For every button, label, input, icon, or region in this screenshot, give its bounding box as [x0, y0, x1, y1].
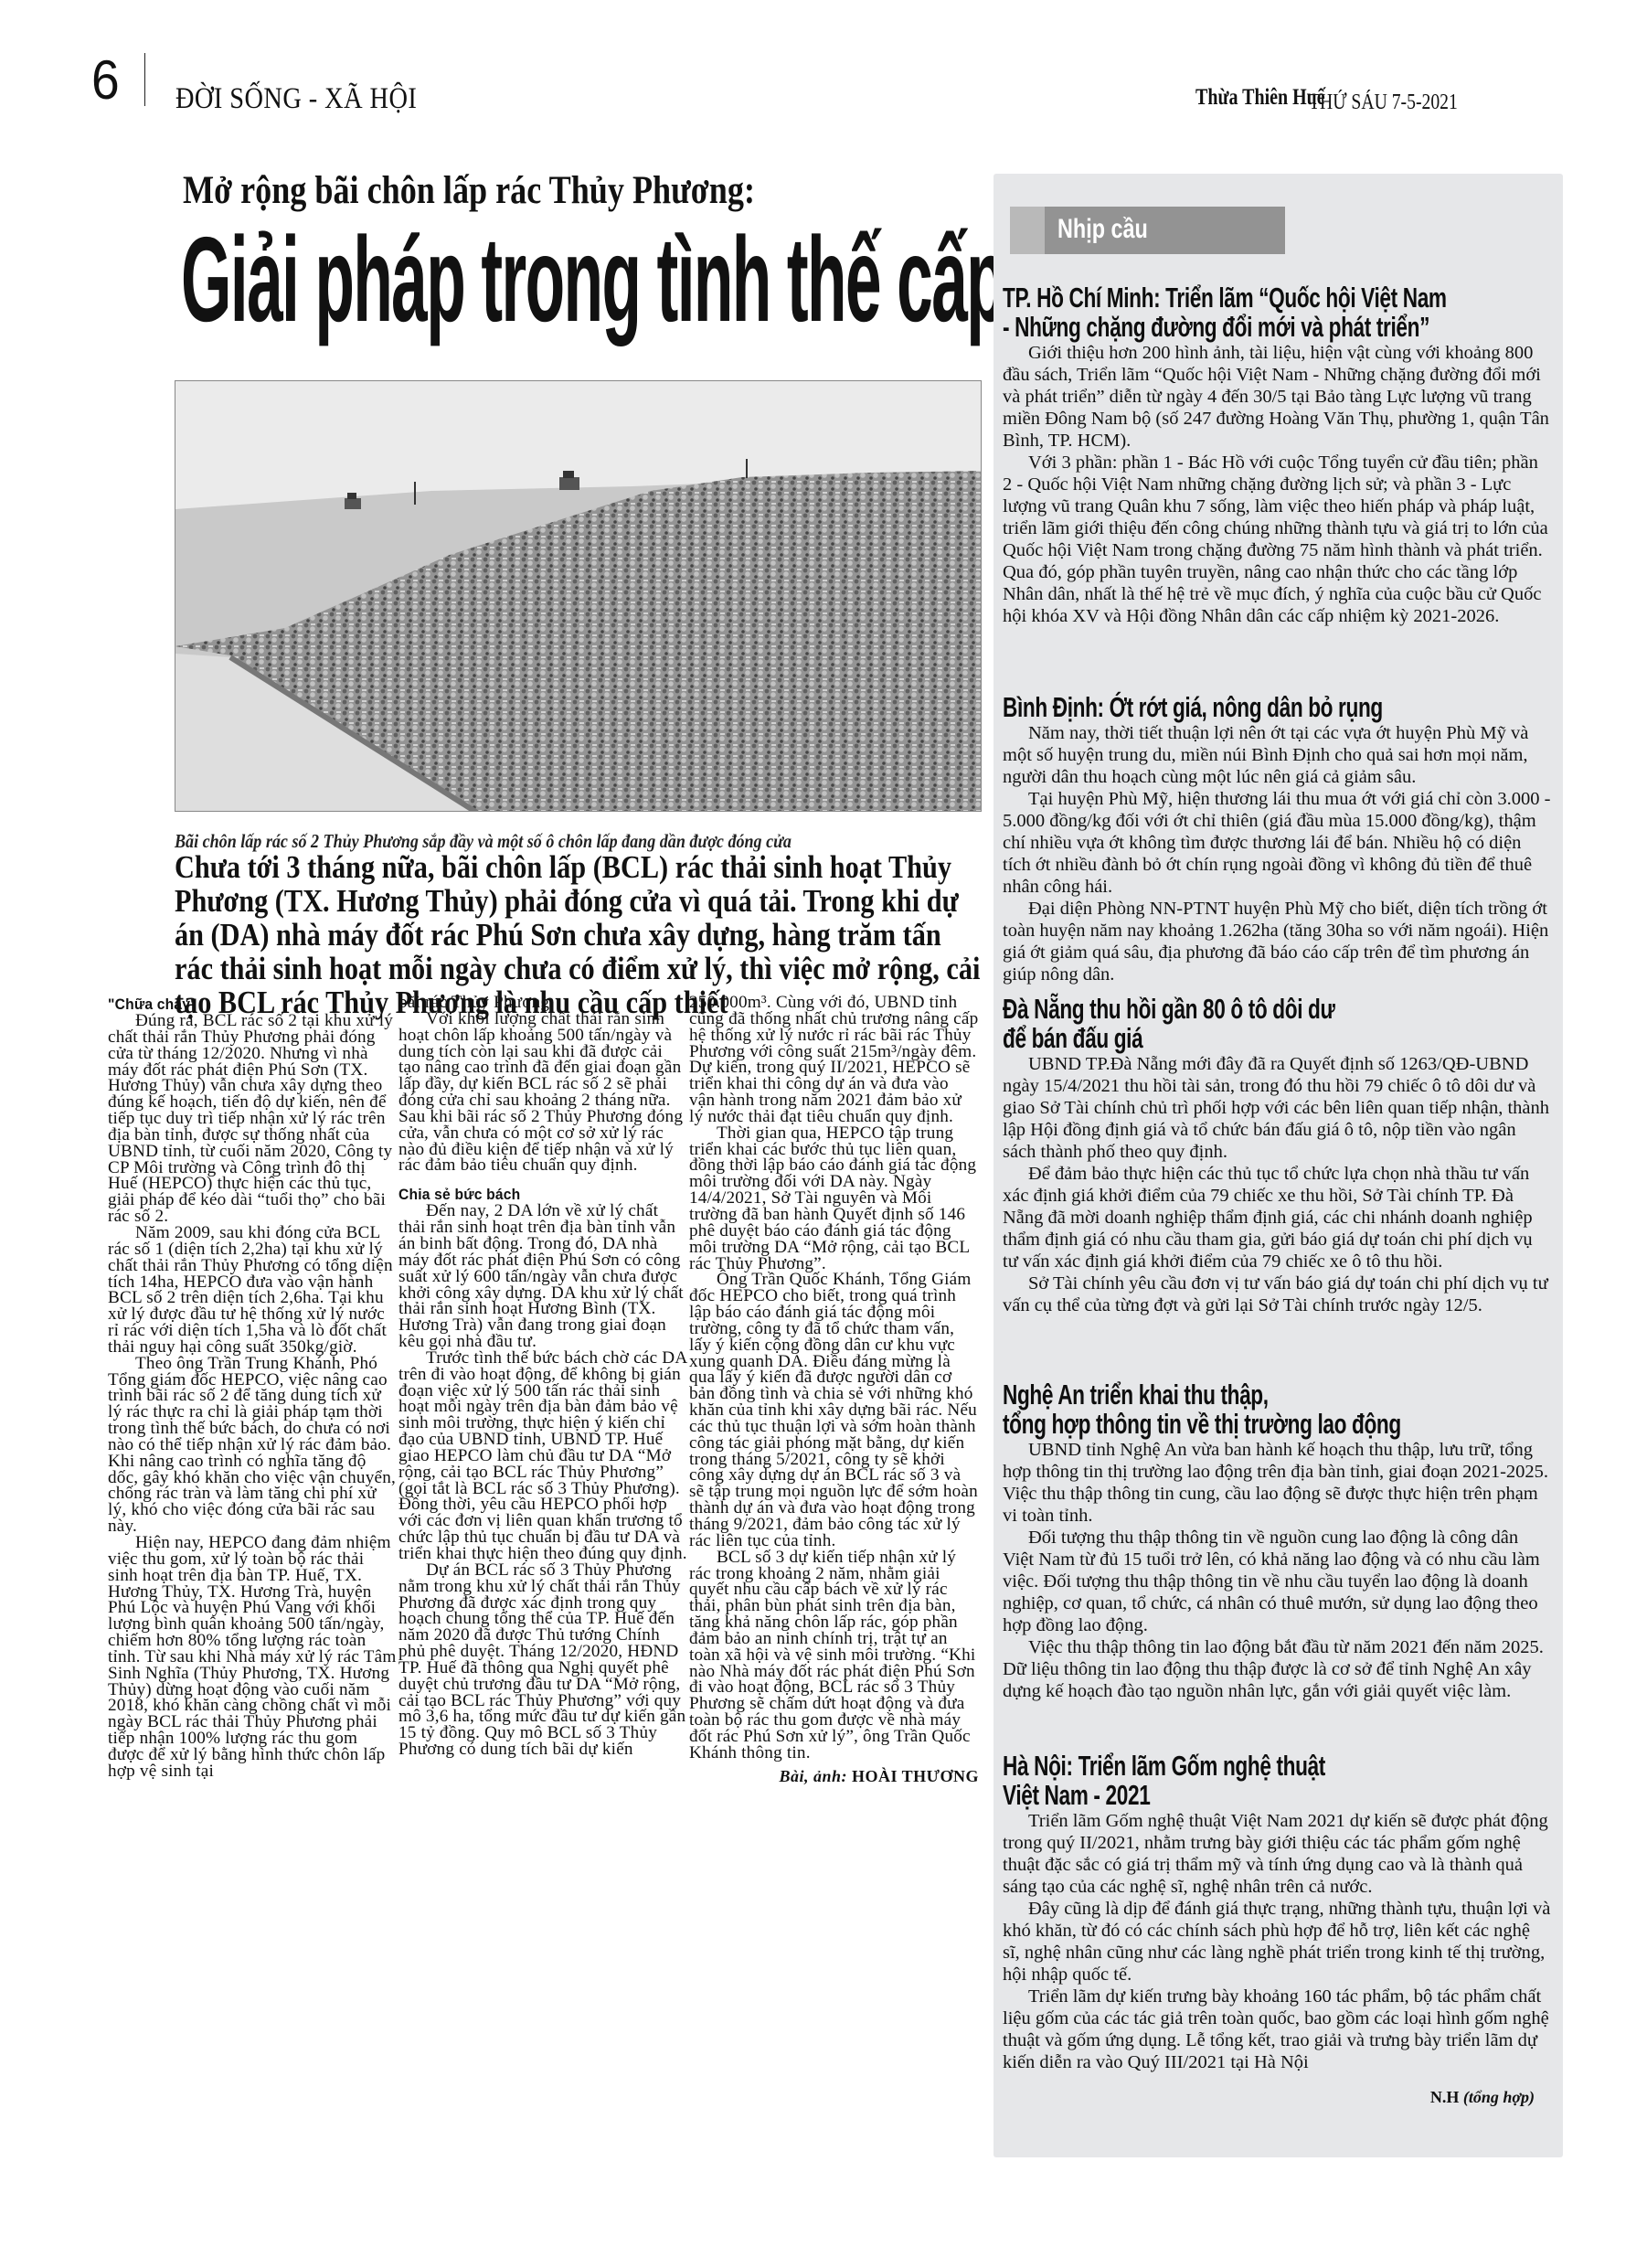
- subhead-chua-chay: "Chữa cháy": [108, 995, 375, 1015]
- brief-paragraph: Triển lãm dự kiến trưng bày khoảng 160 t…: [1003, 1986, 1551, 2073]
- brief-paragraph: Việc thu thập thông tin lao động bắt đầu…: [1003, 1636, 1551, 1702]
- paragraph: Dự án BCL rác số 3 Thủy Phương nằm trong…: [398, 1562, 688, 1758]
- brief-title-line: TP. Hồ Chí Minh: Triển lãm “Quốc hội Việ…: [1003, 283, 1403, 313]
- rubric-accent-bar: [1010, 207, 1045, 254]
- article-column-3: 250.000m³. Cùng với đó, UBND tỉnh cũng đ…: [689, 995, 979, 1785]
- page-number: 6: [91, 53, 120, 108]
- brief-paragraph: Năm nay, thời tiết thuận lợi nên ớt tại …: [1003, 722, 1551, 788]
- brief-paragraph: Tại huyện Phù Mỹ, hiện thương lái thu mu…: [1003, 788, 1551, 898]
- paragraph: Trước tình thế bức bách chờ các DA trên …: [398, 1350, 688, 1562]
- brief-ha-noi-ceramics: Hà Nội: Triển lãm Gốm nghệ thuật Việt Na…: [1003, 1752, 1551, 2107]
- landfill-photo: [175, 380, 982, 812]
- brief-paragraph: Đây cũng là dịp để đánh giá thực trạng, …: [1003, 1898, 1551, 1986]
- brief-paragraph: Với 3 phần: phần 1 - Bác Hồ với cuộc Tổn…: [1003, 452, 1551, 627]
- brief-title-line: Hà Nội: Triển lãm Gốm nghệ thuật: [1003, 1752, 1403, 1781]
- header-divider: [144, 53, 145, 106]
- brief-nghe-an-labor: Nghệ An triển khai thu thập, tổng hợp th…: [1003, 1380, 1551, 1702]
- paragraph: Theo ông Trần Trung Khánh, Phó Tổng giám…: [108, 1356, 398, 1535]
- brief-title-line: tổng hợp thông tin về thị trường lao độn…: [1003, 1410, 1403, 1439]
- brief-paragraph: Sở Tài chính yêu cầu đơn vị tư vấn báo g…: [1003, 1272, 1551, 1316]
- rubric-label: Nhịp cầu: [1057, 214, 1148, 245]
- brief-title-line: Nghệ An triển khai thu thập,: [1003, 1380, 1403, 1410]
- paragraph: Với khối lượng chất thải rắn sinh hoạt c…: [398, 1011, 688, 1174]
- brief-binh-dinh-chili: Bình Định: Ớt rớt giá, nông dân bỏ rụng …: [1003, 693, 1551, 985]
- section-name: ĐỜI SỐNG - XÃ HỘI: [175, 82, 417, 116]
- paragraph: Hiện nay, HEPCO đang đảm nhiệm việc thu …: [108, 1535, 398, 1780]
- brief-paragraph: UBND tỉnh Nghệ An vừa ban hành kế hoạch …: [1003, 1439, 1551, 1527]
- brief-hcmc-exhibition: TP. Hồ Chí Minh: Triển lãm “Quốc hội Việ…: [1003, 283, 1551, 627]
- paragraph: Năm 2009, sau khi đóng cửa BCL rác số 1 …: [108, 1225, 398, 1356]
- sidebar-credit: N.H (tổng hợp): [1003, 2088, 1551, 2107]
- brief-paragraph: Đại diện Phòng NN-PTNT huyện Phù Mỹ cho …: [1003, 898, 1551, 985]
- paper-name: Thừa Thiên Huế: [1195, 85, 1325, 111]
- brief-title-line: - Những chặng đường đổi mới và phát triể…: [1003, 313, 1403, 342]
- article-column-1: "Chữa cháy" Đúng ra, BCL rác số 2 tại kh…: [108, 995, 398, 1780]
- paragraph: Đúng ra, BCL rác số 2 tại khu xử lý chất…: [108, 1013, 398, 1225]
- brief-title-line: Bình Định: Ớt rớt giá, nông dân bỏ rụng: [1003, 693, 1403, 722]
- byline-label: Bài, ảnh:: [779, 1767, 847, 1785]
- issue-date: THỨ SÁU 7-5-2021: [1309, 91, 1458, 115]
- brief-paragraph: Đối tượng thu thập thông tin về nguồn cu…: [1003, 1527, 1551, 1636]
- paragraph-continuation: 250.000m³. Cùng với đó, UBND tỉnh cũng đ…: [689, 995, 979, 1125]
- subhead-chia-se-buc-bach: Chia sẻ bức bách: [398, 1185, 665, 1205]
- sidebar-rubric: Nhịp cầu: [1010, 207, 1285, 254]
- credit-note: (tổng hợp): [1463, 2088, 1535, 2106]
- brief-da-nang-cars: Đà Nẵng thu hồi gần 80 ô tô dôi dư để bá…: [1003, 995, 1551, 1316]
- brief-title-line: Đà Nẵng thu hồi gần 80 ô tô dôi dư: [1003, 995, 1403, 1024]
- byline-author: HOÀI THƯƠNG: [852, 1767, 979, 1785]
- paragraph: Ông Trần Quốc Khánh, Tổng Giám đốc HEPCO…: [689, 1272, 979, 1549]
- paragraph: Đến nay, 2 DA lớn về xử lý chất thải rắn…: [398, 1203, 688, 1350]
- article-byline: Bài, ảnh: HOÀI THƯƠNG: [689, 1769, 979, 1785]
- paragraph: Thời gian qua, HEPCO tập trung triển kha…: [689, 1125, 979, 1272]
- brief-paragraph: Để đảm bảo thực hiện các thủ tục tổ chức…: [1003, 1163, 1551, 1272]
- brief-paragraph: Giới thiệu hơn 200 hình ảnh, tài liệu, h…: [1003, 342, 1551, 452]
- article-kicker: Mở rộng bãi chôn lấp rác Thủy Phương:: [183, 168, 755, 213]
- landfill-photo-icon: [175, 381, 982, 812]
- brief-title-line: để bán đấu giá: [1003, 1024, 1403, 1053]
- news-briefs-sidebar: Nhịp cầu TP. Hồ Chí Minh: Triển lãm “Quố…: [994, 174, 1563, 2157]
- brief-paragraph: Triển lãm Gốm nghệ thuật Việt Nam 2021 d…: [1003, 1810, 1551, 1898]
- brief-title-line: Việt Nam - 2021: [1003, 1781, 1403, 1810]
- article-column-2: bãi rác Thủy Phương. Với khối lượng chất…: [398, 995, 688, 1758]
- credit-name: N.H: [1430, 2088, 1460, 2106]
- paragraph: BCL số 3 dự kiến tiếp nhận xử lý rác tro…: [689, 1549, 979, 1762]
- brief-paragraph: UBND TP.Đà Nẵng mới đây đã ra Quyết định…: [1003, 1053, 1551, 1163]
